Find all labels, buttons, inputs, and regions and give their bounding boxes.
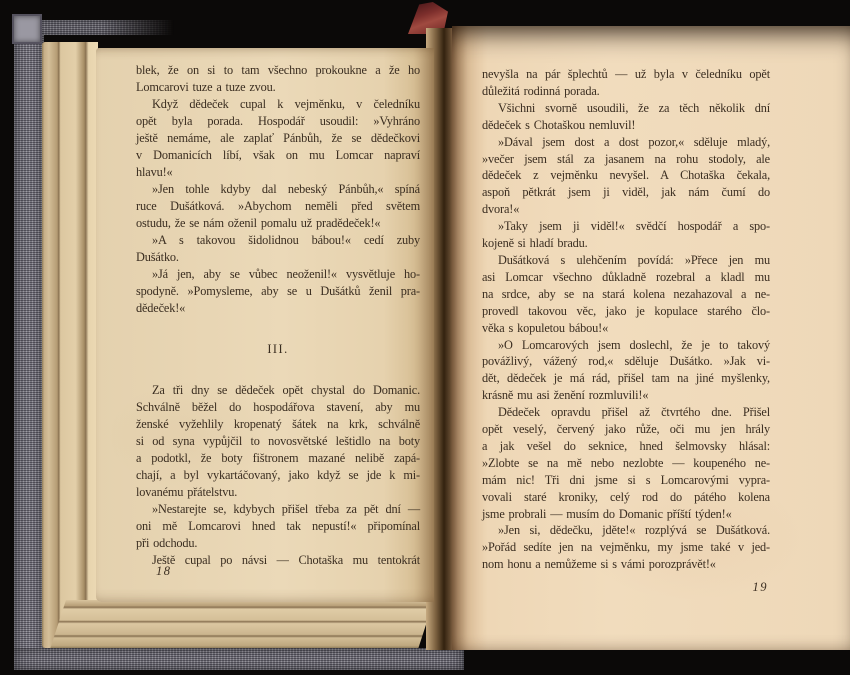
paragraph: »Dával jsem dost a dost pozor,« sděluje … xyxy=(482,134,770,219)
text-line: jsme probrali — musím do Domanic příští … xyxy=(482,506,770,523)
text-line: hlavu!« xyxy=(136,164,420,181)
text-line: asi Lomcar všechno důkladně rozebral a k… xyxy=(482,269,770,286)
text-line: »Jen si, dědečku, jděte!« rozplývá se Du… xyxy=(482,522,770,539)
text-line: na srdce, aby se na stará kolena nezahaz… xyxy=(482,286,770,303)
text-line: ostudu, že se nám oženil pomalu už pradě… xyxy=(136,215,420,232)
text-line: »večer jsem stál za jasanem na rohu stod… xyxy=(482,151,770,168)
text-line: věka s kopuletou bábou!« xyxy=(482,320,770,337)
text-line: Lomcarovi tuze a tuze zvou. xyxy=(136,79,420,96)
text-line: vovali staré kroniky, celý rod do pátého… xyxy=(482,489,770,506)
text-line: Schválně běžel do hospodářova stavení, a… xyxy=(136,399,420,416)
text-line: »O Lomcarových jsem doslechl, že je to t… xyxy=(482,337,770,354)
text-line: Dědeček opravdu přišel až čtvrtého dne. … xyxy=(482,404,770,421)
text-line: při odchodu. xyxy=(136,535,420,552)
text-line: opět veselý, červený jako růže, oči mu j… xyxy=(482,421,770,438)
paragraph: »O Lomcarových jsem doslechl, že je to t… xyxy=(482,337,770,405)
paragraph: Když dědeček cupal k vejměnku, v čelední… xyxy=(136,96,420,181)
text-line: oni mě Lomcarovi hned tak nepustí!« přip… xyxy=(136,518,420,535)
section-heading: III. xyxy=(136,341,420,358)
text-line: dět, dědeček je má rád, přišel tam na ji… xyxy=(482,370,770,387)
text-line: Dušátková s ulehčením povídá: »Přece jen… xyxy=(482,252,770,269)
text-line: důležitá rodinná porada. xyxy=(482,83,770,100)
text-line: dědeček!« xyxy=(136,300,420,317)
text-line: kojeně si hladí bradu. xyxy=(482,235,770,252)
text-line: lovanému přátelstvu. xyxy=(136,484,420,501)
text-line: Za tři dny se dědeček opět chystal do Do… xyxy=(136,382,420,399)
text-line: dědeček z vejměnku nevyšel. A Chotaška č… xyxy=(482,167,770,184)
paragraph: »Nestarejte se, kdybych přišel třeba za … xyxy=(136,501,420,552)
text-line: si od syna vypůjčil to novosvětské lešti… xyxy=(136,433,420,450)
text-line: a jak vešel do seknice, hned šelmovsky h… xyxy=(482,438,770,455)
right-page: nevyšla na pár šplechtů — už byla v čele… xyxy=(452,26,850,650)
text-line: opět byla porada. Hospodář usoudil: »Vyh… xyxy=(136,113,420,130)
book-cover-bottom-edge xyxy=(14,648,464,670)
text-line: »Zlobte se na mě nebo nezlobte — koupené… xyxy=(482,455,770,472)
text-line: a podotkl, že boty fištronem mazané neli… xyxy=(136,450,420,467)
text-line: chají, a byl vykartáčovaný, jako když se… xyxy=(136,467,420,484)
text-line: ženské vyžehlily kropenatý šátek na krk,… xyxy=(136,416,420,433)
paragraph: »Jen tohle kdyby dal nebeský Pánbůh,« sp… xyxy=(136,181,420,232)
paragraph: »Já jen, aby se vůbec neoženil!« vysvětl… xyxy=(136,266,420,317)
text-line: »Dával jsem dost a dost pozor,« sděluje … xyxy=(482,134,770,151)
text-line: Když dědeček cupal k vejměnku, v čelední… xyxy=(136,96,420,113)
text-line: mám nic! Tři dni jsme si s Lomcarovými v… xyxy=(482,472,770,489)
text-line: dědeček s Chotaškou nemluvil! xyxy=(482,117,770,134)
text-line: »Nestarejte se, kdybych přišel třeba za … xyxy=(136,501,420,518)
right-page-footer: 19 xyxy=(482,566,770,596)
text-line: provedl takovou věc, jako je kopulace st… xyxy=(482,303,770,320)
page-number-right: 19 xyxy=(482,579,770,596)
cover-corner xyxy=(12,14,42,44)
text-line: »Taky jsem ji viděl!« svědčí hospodář a … xyxy=(482,218,770,235)
text-line: »A s takovou šidolidnou bábou!« cedí zub… xyxy=(136,232,420,249)
text-line: dvora!« xyxy=(482,201,770,218)
paragraph: blek, že on si to tam všechno prokoukne … xyxy=(136,62,420,96)
page-number-left: 18 xyxy=(136,563,420,580)
text-line: ještě nemáme, ale zaplať Pánbůh, že se d… xyxy=(136,130,420,147)
text-line: Dušátko. xyxy=(136,249,420,266)
right-page-text: nevyšla na pár šplechtů — už byla v čele… xyxy=(482,66,770,573)
text-line: ruce Dušátková. »Abychom neměli před svě… xyxy=(136,198,420,215)
paragraph: Dušátková s ulehčením povídá: »Přece jen… xyxy=(482,252,770,337)
text-line: blek, že on si to tam všechno prokoukne … xyxy=(136,62,420,79)
left-page-text: blek, že on si to tam všechno prokoukne … xyxy=(136,62,420,569)
text-line: v Domanicích líbí, však on mu Lomcar nap… xyxy=(136,147,420,164)
text-line: Všichni svorně usoudili, že za těch něko… xyxy=(482,100,770,117)
book-photo: blek, že on si to tam všechno prokoukne … xyxy=(0,0,850,675)
stacked-page-edges-left xyxy=(42,42,98,648)
book-cover-spine-cloth xyxy=(14,20,44,664)
paragraph: Dědeček opravdu přišel až čtvrtého dne. … xyxy=(482,404,770,522)
text-line: »Já jen, aby se vůbec neoženil!« vysvětl… xyxy=(136,266,420,283)
text-line: spodyně. »Pomysleme, aby se u Dušátků že… xyxy=(136,283,420,300)
text-line: »Jen tohle kdyby dal nebeský Pánbůh,« sp… xyxy=(136,181,420,198)
text-line: nevyšla na pár šplechtů — už byla v čele… xyxy=(482,66,770,83)
paragraph: »A s takovou šidolidnou bábou!« cedí zub… xyxy=(136,232,420,266)
paragraph: Za tři dny se dědeček opět chystal do Do… xyxy=(136,382,420,501)
paragraph: Všichni svorně usoudili, že za těch něko… xyxy=(482,100,770,134)
text-line: aspoň pětkrát jsem ji viděl, jak nám čum… xyxy=(482,184,770,201)
left-page: blek, že on si to tam všechno prokoukne … xyxy=(96,48,434,602)
paragraph: nevyšla na pár šplechtů — už byla v čele… xyxy=(482,66,770,100)
stacked-page-edges-bottom xyxy=(50,600,434,648)
left-page-footer: 18 xyxy=(136,558,420,580)
text-line: povážlivý, vážený rod,« sděluje Dušátko.… xyxy=(482,353,770,370)
text-line: »Pořád sedíte jen na vejměnku, my jsme t… xyxy=(482,539,770,556)
paragraph: »Taky jsem ji viděl!« svědčí hospodář a … xyxy=(482,218,770,252)
text-line: krásně mu asi ženění rozmluvili!« xyxy=(482,387,770,404)
